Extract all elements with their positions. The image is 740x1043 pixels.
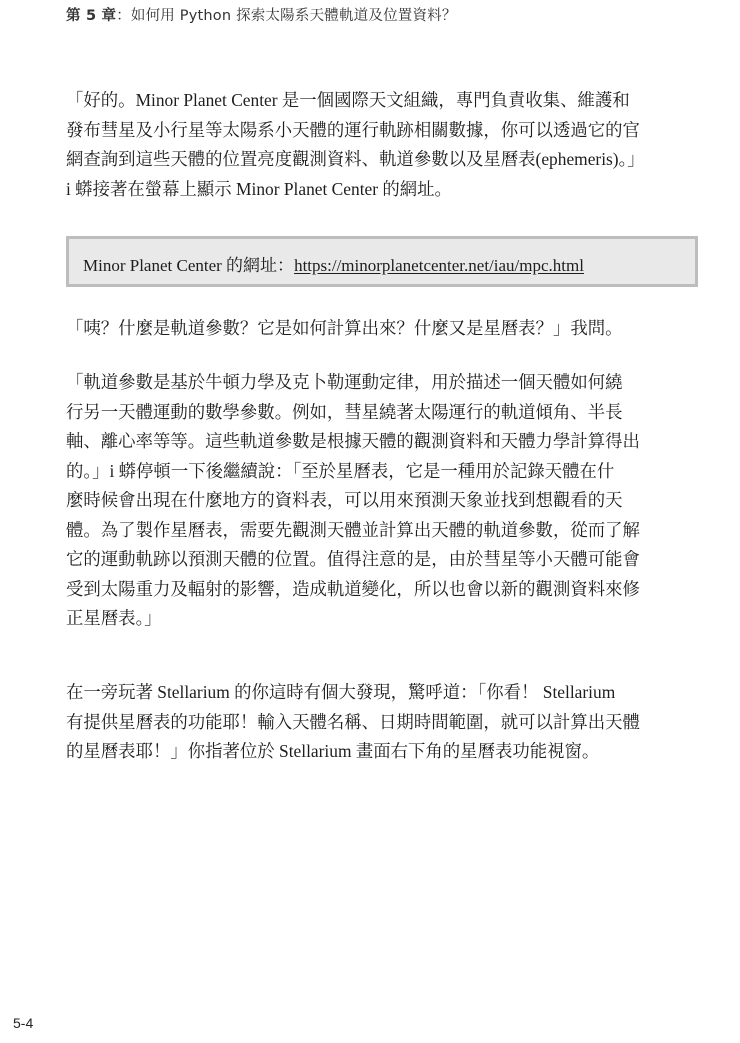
text-line: 正星曆表。」 — [66, 604, 702, 634]
text-line: 它的運動軌跡以預測天體的位置。值得注意的是，由於彗星等小天體可能會 — [66, 545, 702, 575]
text-line: 受到太陽重力及輻射的影響，造成軌道變化，所以也會以新的觀測資料來修 — [66, 575, 702, 605]
text-line: 發布彗星及小行星等太陽系小天體的運行軌跡相關數據，你可以透過它的官 — [66, 116, 702, 146]
text-line: 「好的。Minor Planet Center 是一個國際天文組織，專門負責收集… — [66, 86, 702, 116]
text-line: 麼時候會出現在什麼地方的資料表，可以用來預測天象並找到想觀看的天 — [66, 486, 702, 516]
text-line: i 蟒接著在螢幕上顯示 Minor Planet Center 的網址。 — [66, 175, 702, 205]
url-callout-box: Minor Planet Center 的網址：https://minorpla… — [66, 236, 698, 287]
text-line: 的。」i 蟒停頓一下後繼續說：「至於星曆表，它是一種用於記錄天體在什 — [66, 457, 702, 487]
url-label: Minor Planet Center 的網址： — [83, 256, 294, 275]
text-line: 在一旁玩著 Stellarium 的你這時有個大發現，驚呼道：「你看！ Stel… — [66, 678, 702, 708]
url-line: Minor Planet Center 的網址：https://minorpla… — [83, 251, 584, 276]
paragraph-stellarium: 在一旁玩著 Stellarium 的你這時有個大發現，驚呼道：「你看！ Stel… — [66, 678, 702, 767]
text-line: 的星曆表耶！」你指著位於 Stellarium 畫面右下角的星曆表功能視窗。 — [66, 737, 702, 767]
mpc-url-link[interactable]: https://minorplanetcenter.net/iau/mpc.ht… — [294, 256, 584, 275]
running-header: 第 5 章：如何用 Python 探索太陽系天體軌道及位置資料？ — [66, 4, 457, 25]
paragraph-orbital-elements: 「軌道參數是基於牛頓力學及克卜勒運動定律，用於描述一個天體如何繞 行另一天體運動… — [66, 368, 702, 634]
text-line: 軸、離心率等等。這些軌道參數是根據天體的觀測資料和天體力學計算得出 — [66, 427, 702, 457]
text-line: 行另一天體運動的數學參數。例如，彗星繞著太陽運行的軌道傾角、半長 — [66, 398, 702, 428]
text-line: 有提供星曆表的功能耶！輸入天體名稱、日期時間範圍，就可以計算出天體 — [66, 708, 702, 738]
text-line: 「軌道參數是基於牛頓力學及克卜勒運動定律，用於描述一個天體如何繞 — [66, 368, 702, 398]
text-line: 「咦？什麼是軌道參數？它是如何計算出來？什麼又是星曆表？」我問。 — [66, 314, 702, 344]
chapter-label: 第 5 章 — [66, 8, 116, 24]
paragraph-question: 「咦？什麼是軌道參數？它是如何計算出來？什麼又是星曆表？」我問。 — [66, 314, 702, 344]
text-line: 網查詢到這些天體的位置亮度觀測資料、軌道參數以及星曆表(ephemeris)。」 — [66, 145, 702, 175]
page-number: 5-4 — [13, 1015, 33, 1031]
paragraph-mpc-intro: 「好的。Minor Planet Center 是一個國際天文組織，專門負責收集… — [66, 86, 702, 204]
text-line: 體。為了製作星曆表，需要先觀測天體並計算出天體的軌道參數，從而了解 — [66, 516, 702, 546]
chapter-title: ：如何用 Python 探索太陽系天體軌道及位置資料？ — [116, 8, 456, 24]
